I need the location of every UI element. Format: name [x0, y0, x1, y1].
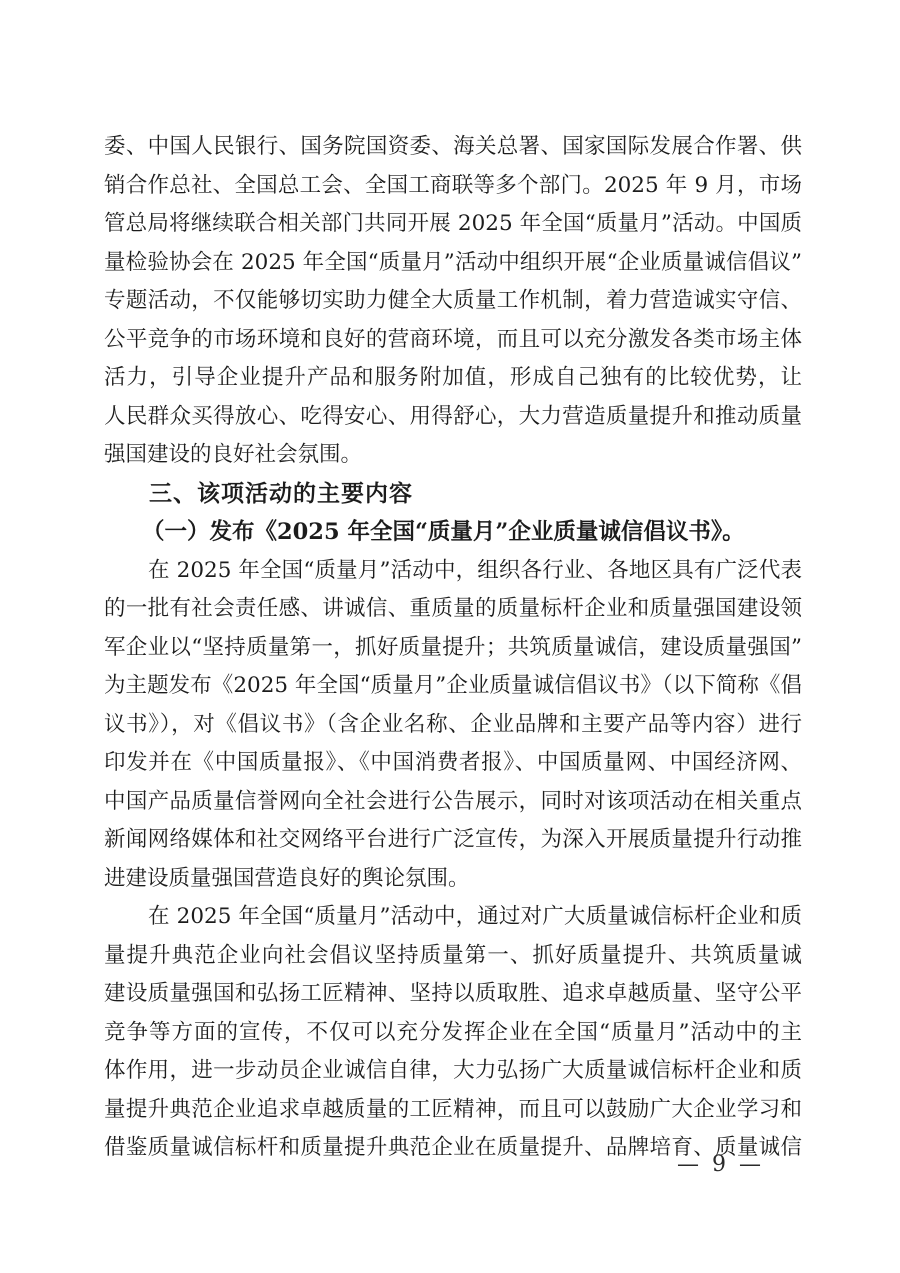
text-line: 量检验协会在 2025 年全国“质量月”活动中组织开展“企业质量诚信倡议”	[104, 244, 802, 283]
text-line: 管总局将继续联合相关部门共同开展 2025 年全国“质量月”活动。中国质	[104, 205, 802, 244]
text-line: 在 2025 年全国“质量月”活动中，通过对广大质量诚信标杆企业和质	[104, 898, 802, 937]
text-line: 公平竞争的市场环境和良好的营商环境，而且可以充分激发各类市场主体	[104, 321, 802, 360]
text-line: 量提升典范企业追求卓越质量的工匠精神，而且可以鼓励广大企业学习和	[104, 1091, 802, 1130]
text-line: 活力，引导企业提升产品和服务附加值，形成自己独有的比较优势，让	[104, 359, 802, 398]
text-line: 的一批有社会责任感、讲诚信、重质量的质量标杆企业和质量强国建设领	[104, 590, 802, 629]
text-line: 进建设质量强国营造良好的舆论氛围。	[104, 860, 802, 899]
text-line: 人民群众买得放心、吃得安心、用得舒心，大力营造质量提升和推动质量	[104, 398, 802, 437]
text-line: 体作用，进一步动员企业诚信自律，大力弘扬广大质量诚信标杆企业和质	[104, 1052, 802, 1091]
text-line: 竞争等方面的宣传，不仅可以充分发挥企业在全国“质量月”活动中的主	[104, 1014, 802, 1053]
section-heading: 三、该项活动的主要内容	[104, 475, 802, 514]
page-number: — 9 —	[677, 1150, 764, 1180]
subsection-heading: （一）发布《2025 年全国“质量月”企业质量诚信倡议书》。	[104, 513, 802, 552]
text-block: 委、中国人民银行、国务院国资委、海关总署、国家国际发展合作署、供 销合作总社、全…	[104, 128, 802, 1168]
text-line: 量提升典范企业向社会倡议坚持质量第一、抓好质量提升、共筑质量诚信、	[104, 937, 802, 976]
text-line: 建设质量强国和弘扬工匠精神、坚持以质取胜、追求卓越质量、坚守公平	[104, 975, 802, 1014]
text-line: 专题活动，不仅能够切实助力健全大质量工作机制，着力营造诚实守信、	[104, 282, 802, 321]
text-line: 强国建设的良好社会氛围。	[104, 436, 802, 475]
text-line: 委、中国人民银行、国务院国资委、海关总署、国家国际发展合作署、供	[104, 128, 802, 167]
text-line: 议书》），对《倡议书》（含企业名称、企业品牌和主要产品等内容）进行	[104, 706, 802, 745]
text-line: 印发并在《中国质量报》、《中国消费者报》、中国质量网、中国经济网、	[104, 744, 802, 783]
text-line: 新闻网络媒体和社交网络平台进行广泛宣传，为深入开展质量提升行动推	[104, 821, 802, 860]
text-line: 销合作总社、全国总工会、全国工商联等多个部门。2025 年 9 月，市场监	[104, 167, 802, 206]
text-line: 为主题发布《2025 年全国“质量月”企业质量诚信倡议书》（以下简称《倡	[104, 667, 802, 706]
text-line: 军企业以“坚持质量第一，抓好质量提升；共筑质量诚信，建设质量强国”	[104, 629, 802, 668]
text-line: 在 2025 年全国“质量月”活动中，组织各行业、各地区具有广泛代表性	[104, 552, 802, 591]
text-line: 中国产品质量信誉网向全社会进行公告展示，同时对该项活动在相关重点	[104, 783, 802, 822]
document-page: 委、中国人民银行、国务院国资委、海关总署、国家国际发展合作署、供 销合作总社、全…	[0, 0, 900, 1273]
